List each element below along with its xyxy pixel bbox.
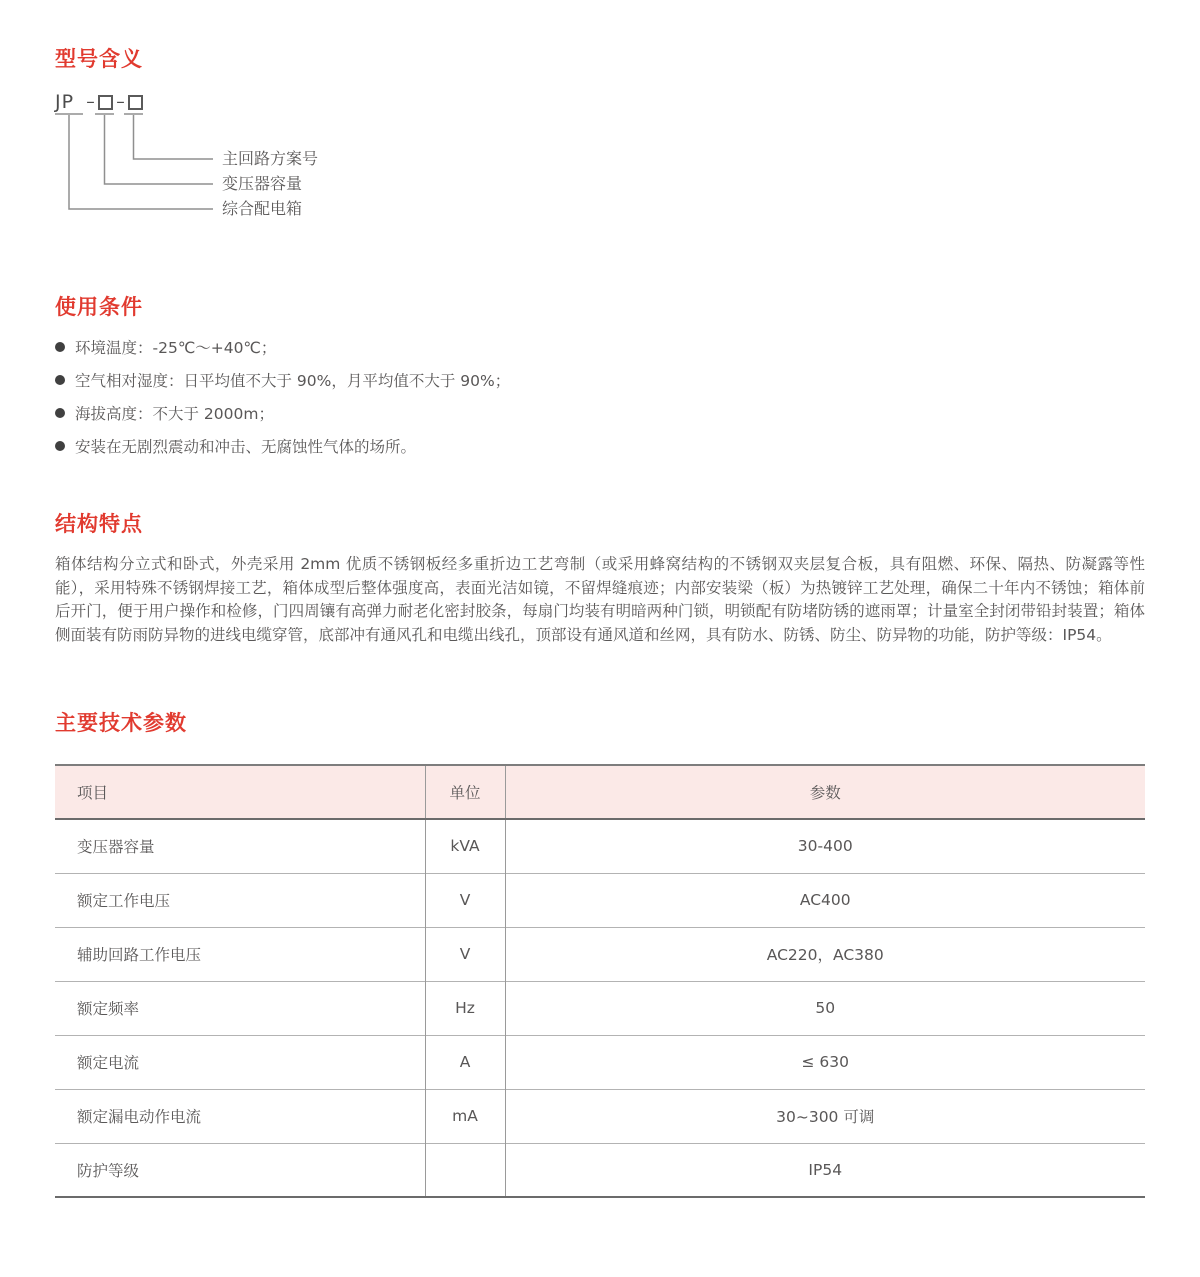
cell-value: 50 [505, 981, 1145, 1035]
bullet-dot-icon [55, 342, 65, 352]
cell-value: 30-400 [505, 819, 1145, 873]
structure-section-title: 结构特点 [55, 511, 1145, 537]
condition-item: 空气相对湿度：日平均值不大于 90%，月平均值不大于 90%； [55, 369, 1145, 391]
condition-item: 环境温度：-25℃～+40℃； [55, 336, 1145, 358]
params-table-body: 变压器容量 kVA 30-400 额定工作电压 V AC400 辅助回路工作电压… [55, 819, 1145, 1197]
dash-separator: – [83, 92, 98, 112]
bullet-dot-icon [55, 408, 65, 418]
condition-text: 海拔高度：不大于 2000m； [75, 402, 274, 424]
table-row: 额定漏电动作电流 mA 30~300 可调 [55, 1089, 1145, 1143]
model-section-title: 型号含义 [55, 46, 1145, 72]
bullet-dot-icon [55, 441, 65, 451]
table-row: 变压器容量 kVA 30-400 [55, 819, 1145, 873]
model-label: 主回路方案号 [222, 148, 318, 170]
condition-text: 环境温度：-25℃～+40℃； [75, 336, 276, 358]
cell-item: 辅助回路工作电压 [55, 927, 425, 981]
cell-unit: A [425, 1035, 505, 1089]
cell-value: IP54 [505, 1143, 1145, 1197]
cell-unit: mA [425, 1089, 505, 1143]
condition-item: 安装在无剧烈震动和冲击、无腐蚀性气体的场所。 [55, 435, 1145, 457]
cell-value: ≤ 630 [505, 1035, 1145, 1089]
condition-item: 海拔高度：不大于 2000m； [55, 402, 1145, 424]
page: 型号含义 JP – – [0, 46, 1200, 1198]
model-placeholder-box-2 [128, 95, 143, 110]
model-section: 型号含义 JP – – [55, 46, 1145, 225]
params-table-header: 项目 单位 参数 [55, 765, 1145, 819]
conditions-section-title: 使用条件 [55, 294, 1145, 320]
cell-item: 防护等级 [55, 1143, 425, 1197]
header-cell-value: 参数 [505, 765, 1145, 819]
condition-text: 空气相对湿度：日平均值不大于 90%，月平均值不大于 90%； [75, 369, 510, 391]
model-label: 变压器容量 [222, 173, 302, 195]
model-prefix: JP [55, 91, 83, 113]
table-row: 额定电流 A ≤ 630 [55, 1035, 1145, 1089]
cell-value: AC400 [505, 873, 1145, 927]
model-label: 综合配电箱 [222, 198, 302, 220]
cell-unit: kVA [425, 819, 505, 873]
cell-item: 额定频率 [55, 981, 425, 1035]
model-code-diagram: JP – – 主回路方案号变压器容量综合配电箱 [55, 91, 1145, 225]
condition-text: 安装在无剧烈震动和冲击、无腐蚀性气体的场所。 [75, 435, 416, 457]
diagram-connector-lines [55, 111, 225, 221]
params-table: 项目 单位 参数 变压器容量 kVA 30-400 额定工作电压 V AC400 [55, 764, 1145, 1198]
cell-value: AC220，AC380 [505, 927, 1145, 981]
bullet-dot-icon [55, 375, 65, 385]
cell-item: 额定电流 [55, 1035, 425, 1089]
cell-unit: V [425, 873, 505, 927]
table-row: 额定频率 Hz 50 [55, 981, 1145, 1035]
cell-unit: Hz [425, 981, 505, 1035]
dash-separator: – [113, 92, 128, 112]
cell-item: 变压器容量 [55, 819, 425, 873]
header-cell-item: 项目 [55, 765, 425, 819]
cell-item: 额定漏电动作电流 [55, 1089, 425, 1143]
conditions-section: 使用条件 环境温度：-25℃～+40℃； 空气相对湿度：日平均值不大于 90%，… [55, 294, 1145, 456]
table-row: 防护等级 IP54 [55, 1143, 1145, 1197]
table-row: 辅助回路工作电压 V AC220，AC380 [55, 927, 1145, 981]
header-row: 项目 单位 参数 [55, 765, 1145, 819]
structure-paragraph: 箱体结构分立式和卧式，外壳采用 2mm 优质不锈钢板经多重折边工艺弯制（或采用蜂… [55, 553, 1145, 648]
model-placeholder-box-1 [98, 95, 113, 110]
params-section: 主要技术参数 项目 单位 参数 变压器容量 kVA 30-400 额定工作电压 [55, 710, 1145, 1198]
cell-unit: V [425, 927, 505, 981]
cell-unit [425, 1143, 505, 1197]
structure-section: 结构特点 箱体结构分立式和卧式，外壳采用 2mm 优质不锈钢板经多重折边工艺弯制… [55, 511, 1145, 648]
cell-item: 额定工作电压 [55, 873, 425, 927]
cell-value: 30~300 可调 [505, 1089, 1145, 1143]
table-row: 额定工作电压 V AC400 [55, 873, 1145, 927]
params-section-title: 主要技术参数 [55, 710, 1145, 736]
conditions-list: 环境温度：-25℃～+40℃； 空气相对湿度：日平均值不大于 90%，月平均值不… [55, 336, 1145, 457]
header-cell-unit: 单位 [425, 765, 505, 819]
model-code: JP – – [55, 91, 1145, 113]
